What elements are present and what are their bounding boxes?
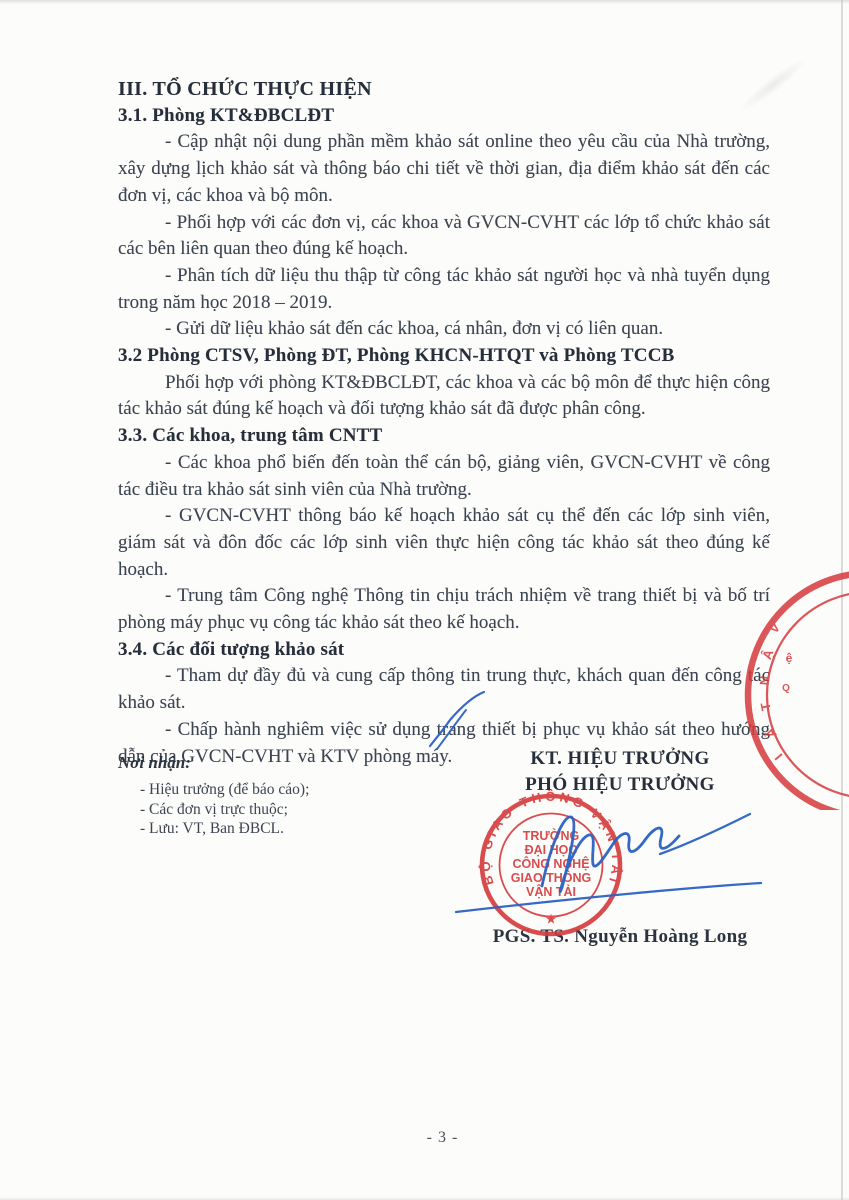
paragraph: - Cập nhật nội dung phần mềm khảo sát on… — [118, 129, 770, 209]
edge-stamp-mark: ệ — [786, 651, 793, 665]
paragraph: - Các khoa phổ biến đến toàn thể cán bộ,… — [118, 450, 770, 503]
document-body: III. TỔ CHỨC THỰC HIỆN 3.1. Phòng KT&ĐBC… — [118, 76, 770, 770]
recipients-label: Nơi nhận: — [118, 753, 309, 773]
signature-underline-stroke — [456, 883, 761, 912]
document-title: III. TỔ CHỨC THỰC HIỆN — [118, 76, 770, 103]
signature-upstroke — [660, 814, 750, 854]
paragraph: - Gửi dữ liệu khảo sát đến các khoa, cá … — [118, 316, 770, 343]
recipient-item: - Các đơn vị trực thuộc; — [140, 800, 309, 820]
section-heading: 3.3. Các khoa, trung tâm CNTT — [118, 423, 770, 450]
scanned-document-page: III. TỔ CHỨC THỰC HIỆN 3.1. Phòng KT&ĐBC… — [0, 0, 849, 1200]
edge-stamp-letter: Ậ — [759, 647, 777, 662]
recipients-list: - Hiệu trưởng (để báo cáo); - Các đơn vị… — [140, 780, 309, 839]
section-heading: 3.2 Phòng CTSV, Phòng ĐT, Phòng KHCN-HTQ… — [118, 343, 770, 370]
recipient-item: - Hiệu trưởng (để báo cáo); — [140, 780, 309, 800]
signature-checkmark-stroke — [430, 692, 484, 746]
page-number: - 3 - — [0, 1129, 849, 1147]
section-3-2: 3.2 Phòng CTSV, Phòng ĐT, Phòng KHCN-HTQ… — [118, 343, 770, 423]
paragraph: Phối hợp với phòng KT&ĐBCLĐT, các khoa v… — [118, 370, 770, 423]
recipients-block: Nơi nhận: - Hiệu trưởng (để báo cáo); - … — [118, 753, 309, 839]
edge-stamp-letter: N — [757, 675, 773, 686]
section-heading: 3.1. Phòng KT&ĐBCLĐT — [118, 103, 770, 130]
signature-main-stroke — [542, 817, 679, 892]
handwritten-signature — [420, 688, 800, 938]
paragraph: - Phối hợp với các đơn vị, các khoa và G… — [118, 210, 770, 263]
section-heading: 3.4. Các đối tượng khảo sát — [118, 637, 770, 664]
section-3-1: 3.1. Phòng KT&ĐBCLĐT - Cập nhật nội dung… — [118, 103, 770, 343]
paragraph: - GVCN-CVHT thông báo kế hoạch khảo sát … — [118, 503, 770, 583]
paragraph: - Phân tích dữ liệu thu thập từ công tác… — [118, 263, 770, 316]
scan-edge-top — [0, 0, 849, 4]
signature-checkmark-stroke — [437, 710, 466, 749]
section-3-3: 3.3. Các khoa, trung tâm CNTT - Các khoa… — [118, 423, 770, 637]
paragraph: - Trung tâm Công nghệ Thông tin chịu trá… — [118, 583, 770, 636]
recipient-item: - Lưu: VT, Ban ĐBCL. — [140, 819, 309, 839]
